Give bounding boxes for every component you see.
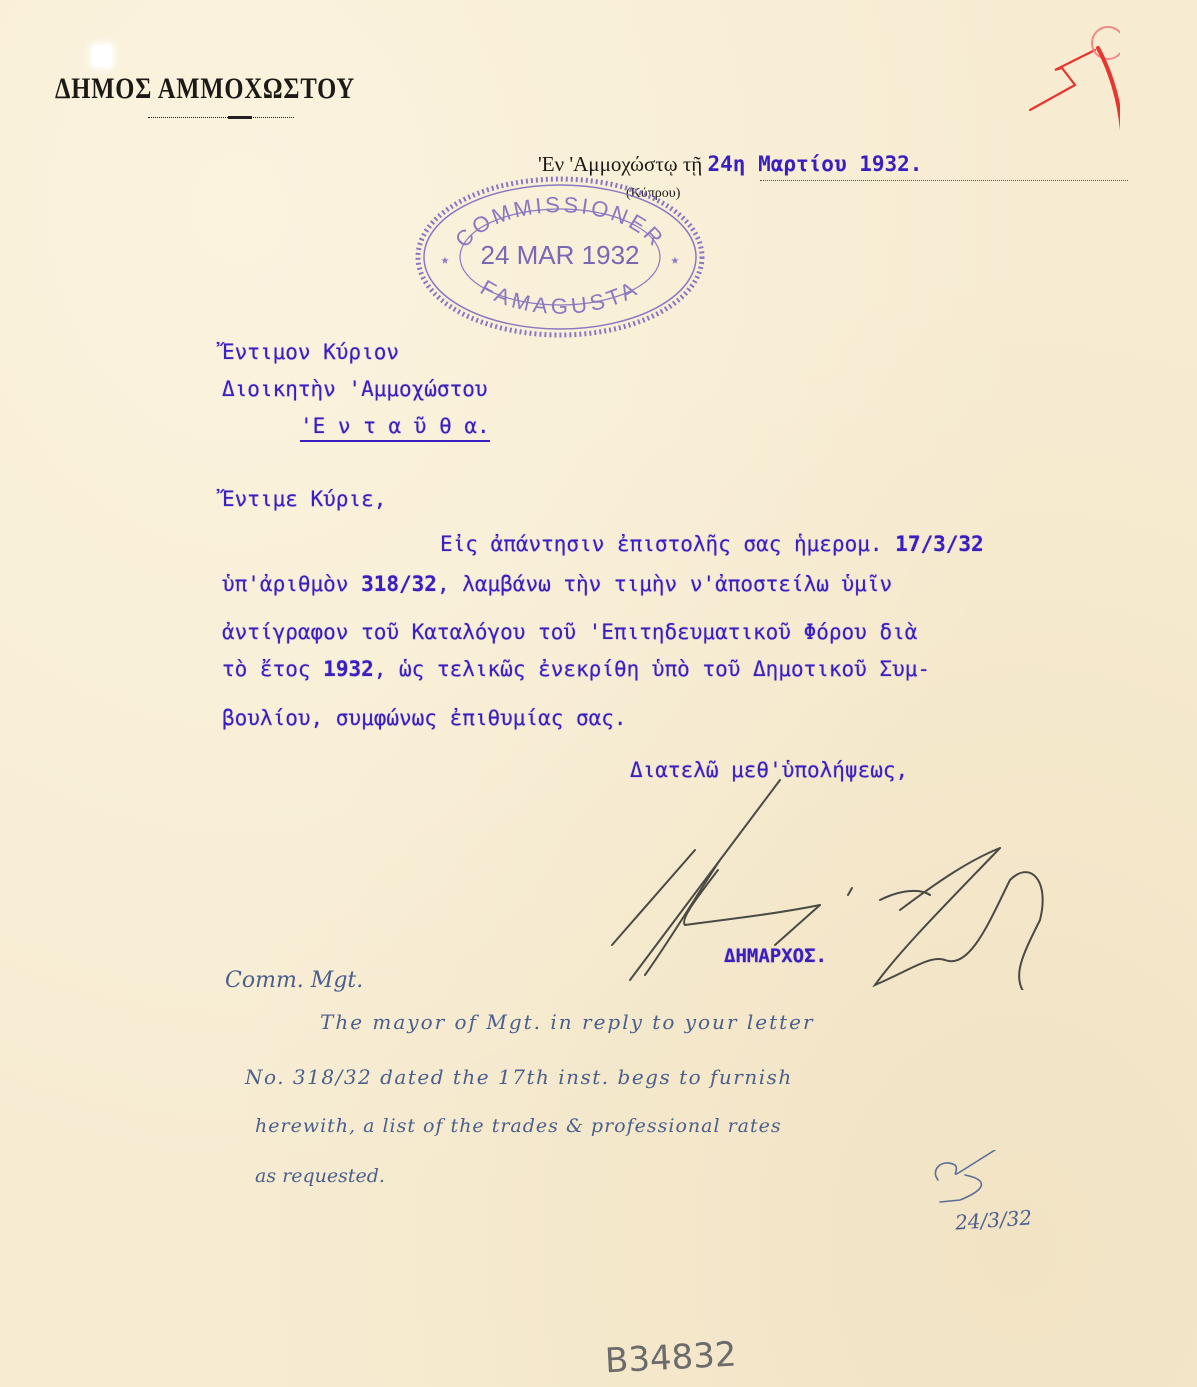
commissioner-stamp: COMMISSIONER 24 MAR 1932 FAMAGUSTA ★ ★ [410, 172, 710, 346]
archive-number: B34832 [604, 1335, 737, 1382]
body-line-1-text: Εἰς ἀπάντησιν ἐπιστολῆς σας ἡμερομ. [440, 532, 883, 556]
red-pencil-mark-icon [1020, 10, 1120, 170]
body-line-2: ὑπ'ἀριθμὸν 318/32, λαμβάνω τὴν τιμὴν ν'ἀ… [222, 572, 892, 596]
punch-hole [92, 45, 112, 67]
handwritten-note-line-5: as requested. [255, 1165, 385, 1187]
reference-number: 318/32 [361, 572, 437, 596]
body-line-1: Εἰς ἀπάντησιν ἐπιστολῆς σας ἡμερομ. 17/3… [440, 532, 984, 556]
body-line-3: ἀντίγραφον τοῦ Καταλόγου τοῦ 'Επιτηδευμα… [222, 620, 917, 644]
handwritten-note-line-3: No. 318/32 dated the 17th inst. begs to … [245, 1065, 793, 1089]
signature-title: ΔΗΜΑΡΧΟΣ. [724, 945, 827, 967]
body-line-4: τὸ ἔτος 1932, ὡς τελικῶς ἐνεκρίθη ὑπὸ το… [222, 657, 930, 681]
reference-date: 17/3/32 [895, 532, 984, 556]
letterhead-rule-ornament [228, 116, 252, 119]
dateline-dotted-rule [760, 180, 1128, 181]
address-line-2: Διοικητὴν 'Αμμοχώστου [222, 377, 488, 401]
body-line-4-text: τὸ ἔτος [222, 657, 311, 681]
body-line-5: βουλίου, συμφώνως ἐπιθυμίας σας. [222, 706, 627, 730]
stamp-star-left-icon: ★ [441, 252, 450, 268]
svg-text:FAMAGUSTA: FAMAGUSTA [476, 275, 643, 319]
address-line-1: Ἔντιμον Κύριον [222, 340, 399, 364]
body-line-2-text: ὑπ'ἀριθμὸν [222, 572, 348, 596]
body-line-2-rest: , λαμβάνω τὴν τιμὴν ν'ἀποστείλω ὑμῖν [437, 572, 892, 596]
handwritten-note-line-4: herewith, a list of the trades & profess… [255, 1115, 782, 1137]
letterhead-rule [148, 117, 294, 118]
stamp-star-right-icon: ★ [671, 252, 680, 268]
tax-year: 1932 [323, 657, 374, 681]
note-initials-icon [920, 1150, 1000, 1210]
dateline-date: 24η Μαρτίου 1932. [708, 152, 923, 176]
salutation: Ἔντιμε Κύριε, [222, 487, 386, 511]
address-line-3: 'Ε ν τ α ῦ θ α. [300, 414, 490, 442]
stamp-date: 24 MAR 1932 [481, 240, 640, 270]
handwritten-note-line-1: Comm. Mgt. [225, 968, 363, 993]
handwritten-note-line-2: The mayor of Mgt. in reply to your lette… [320, 1010, 815, 1034]
body-line-4-rest: , ὡς τελικῶς ἐνεκρίθη ὑπὸ τοῦ Δημοτικοῦ … [374, 657, 930, 681]
letterhead-title: ΔΗΜΟΣ ΑΜΜΟΧΩΣΤΟΥ [55, 72, 355, 106]
stamp-bottom-text: FAMAGUSTA [476, 275, 643, 319]
